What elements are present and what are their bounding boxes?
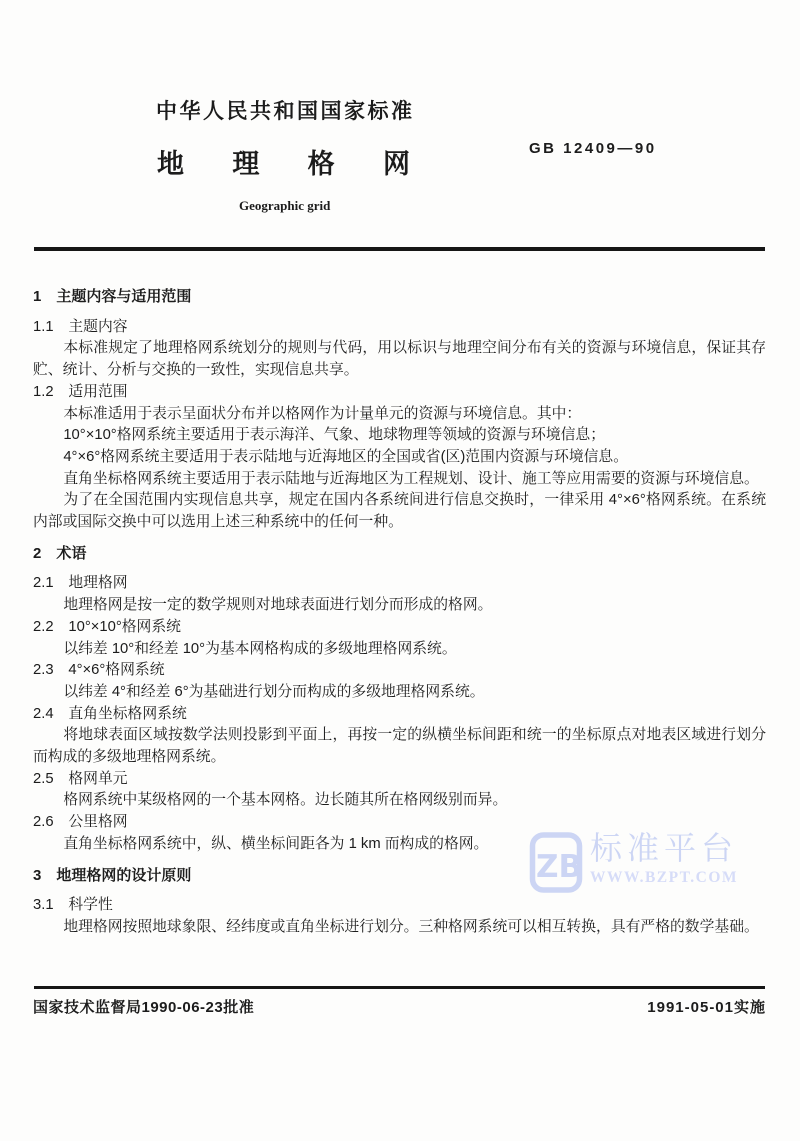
- title-char: 理: [232, 149, 259, 179]
- paragraph: 格网系统中某级格网的一个基本网格。边长随其所在格网级别而异。: [33, 790, 766, 812]
- paragraph: 为了在全国范围内实现信息共享，规定在国内各系统间进行信息交换时，一律采用 4°×…: [33, 490, 766, 533]
- watermark: ZB 标准平台 WWW.BZPT.COM: [529, 830, 738, 894]
- title-char: 格: [308, 149, 335, 179]
- chapter-heading: 1 主题内容与适用范围: [33, 286, 766, 308]
- logo-letters: ZB: [536, 849, 582, 885]
- paragraph: 将地球表面区域按数学法则投影到平面上，再按一定的纵横坐标间距和统一的坐标原点对地…: [33, 725, 766, 768]
- subsection-heading: 2.5 格网单元: [33, 769, 766, 791]
- watermark-url: WWW.BZPT.COM: [590, 869, 738, 887]
- watermark-text: 标准平台 WWW.BZPT.COM: [590, 830, 738, 887]
- effective-date-note: 1991-05-01实施: [647, 996, 766, 1017]
- standard-org-title: 中华人民共和国国家标准: [156, 95, 415, 125]
- document-title: 地 理 格 网: [157, 149, 410, 179]
- subsection-heading: 2.4 直角坐标格网系统: [33, 704, 766, 726]
- footer-divider: [34, 986, 765, 989]
- watermark-brand-name: 标准平台: [590, 830, 738, 866]
- header-divider: [34, 247, 765, 251]
- approval-note: 国家技术监督局1990-06-23批准: [33, 996, 254, 1017]
- bzpt-logo-icon: ZB: [529, 830, 583, 894]
- subsection-heading: 2.3 4°×6°格网系统: [33, 660, 766, 682]
- subsection-heading: 2.2 10°×10°格网系统: [33, 617, 766, 639]
- standard-code: GB 12409—90: [529, 140, 657, 157]
- paragraph: 以纬差 10°和经差 10°为基本网格构成的多级地理格网系统。: [33, 639, 766, 661]
- paragraph: 本标准规定了地理格网系统划分的规则与代码，用以标识与地理空间分布有关的资源与环境…: [33, 338, 766, 381]
- subsection-heading: 1.1 主题内容: [33, 317, 766, 339]
- paragraph: 地理格网是按一定的数学规则对地球表面进行划分而形成的格网。: [33, 595, 766, 617]
- subsection-heading: 2.1 地理格网: [33, 573, 766, 595]
- document-title-english: Geographic grid: [239, 198, 330, 214]
- subsection-heading: 3.1 科学性: [33, 895, 766, 917]
- paragraph: 以纬差 4°和经差 6°为基础进行划分而构成的多级地理格网系统。: [33, 682, 766, 704]
- standard-document-page: 中华人民共和国国家标准 GB 12409—90 地 理 格 网 Geograph…: [0, 0, 800, 1141]
- title-char: 地: [157, 149, 184, 179]
- chapter-heading: 2 术语: [33, 543, 766, 565]
- subsection-heading: 1.2 适用范围: [33, 382, 766, 404]
- paragraph: 直角坐标格网系统主要适用于表示陆地与近海地区为工程规划、设计、施工等应用需要的资…: [33, 469, 766, 491]
- title-char: 网: [383, 149, 410, 179]
- paragraph: 10°×10°格网系统主要适用于表示海洋、气象、地球物理等领域的资源与环境信息；: [33, 425, 766, 447]
- paragraph: 本标准适用于表示呈面状分布并以格网作为计量单元的资源与环境信息。其中：: [33, 404, 766, 426]
- paragraph: 地理格网按照地球象限、经纬度或直角坐标进行划分。三种格网系统可以相互转换，具有严…: [33, 917, 766, 939]
- paragraph: 4°×6°格网系统主要适用于表示陆地与近海地区的全国或省(区)范围内资源与环境信…: [33, 447, 766, 469]
